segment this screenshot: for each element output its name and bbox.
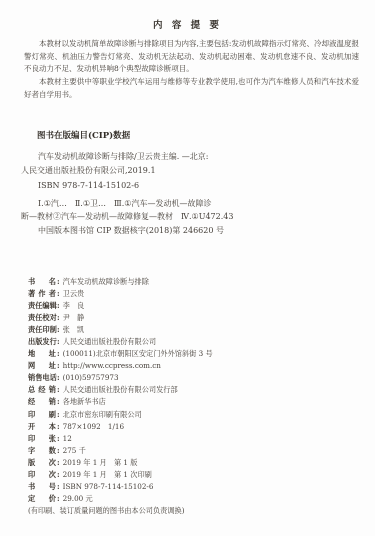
row-value: 2019 年 1 月 第 1 版 — [63, 458, 138, 467]
row-colon: : — [57, 349, 60, 358]
colophon-row-edition: 版次:2019 年 1 月 第 1 版 — [28, 457, 361, 469]
row-colon: : — [57, 289, 60, 298]
row-label: 销售电话 — [28, 372, 56, 384]
row-label: 字数 — [28, 445, 56, 457]
row-colon: : — [57, 434, 60, 443]
row-label: 责任校对 — [28, 312, 56, 324]
row-colon: : — [57, 458, 60, 467]
colophon-row-author: 著作者:卫云贵 — [28, 288, 361, 300]
row-colon: : — [57, 385, 60, 394]
row-colon: : — [57, 470, 60, 479]
row-colon: : — [57, 325, 60, 334]
row-value: 275 千 — [63, 446, 86, 455]
colophon-row-book-number: 书号:ISBN 978-7-114-15102-6 — [28, 481, 361, 493]
summary-title: 内 容 提 要 — [0, 17, 375, 31]
row-colon: : — [57, 397, 60, 406]
colophon-row-format: 开本:787×1092 1/16 — [28, 421, 361, 433]
colophon-row-sheets: 印张:12 — [28, 433, 361, 445]
colophon-row-proofreader: 责任校对:尹 静 — [28, 312, 361, 324]
row-colon: : — [57, 446, 60, 455]
cip-title-line: 汽车发动机故障诊断与排除/卫云贵主编. —北京: — [21, 150, 361, 164]
row-colon: : — [57, 373, 60, 382]
row-colon: : — [57, 301, 60, 310]
row-value: 2019 年 1 月 第 1 次印刷 — [63, 470, 152, 479]
row-colon: : — [57, 361, 60, 370]
colophon-row-impression: 印次:2019 年 1 月 第 1 次印刷 — [28, 469, 361, 481]
row-colon: : — [57, 277, 60, 286]
colophon-row-general-distributor: 总经销:人民交通出版社股份有限公司发行部 — [28, 384, 361, 396]
row-label: 责任编辑 — [28, 300, 56, 312]
cip-record-line: 中国版本图书馆 CIP 数据核字(2018)第 246620 号 — [21, 224, 361, 238]
row-value: 李 良 — [63, 301, 85, 310]
row-colon: : — [57, 313, 60, 322]
colophon-row-printing-supervisor: 责任印制:张 凯 — [28, 324, 361, 336]
colophon-row-printer: 印刷:北京市密东印刷有限公司 — [28, 409, 361, 421]
row-value: 汽车发动机故障诊断与排除 — [63, 277, 149, 286]
copyright-page: 内 容 提 要 本教材以发动机简单故障诊断与排除项目为内容,主要包括:发动机故障… — [0, 0, 375, 536]
row-label: 印张 — [28, 433, 56, 445]
colophon-row-distributor: 经销:各地新华书店 — [28, 396, 361, 408]
cip-heading: 图书在版编目(CIP)数据 — [37, 129, 130, 141]
row-colon: : — [57, 494, 60, 503]
row-label: 总经销 — [28, 384, 56, 396]
row-label: 责任印制 — [28, 324, 56, 336]
cip-isbn-line: ISBN 978-7-114-15102-6 — [21, 179, 361, 193]
row-colon: : — [57, 337, 60, 346]
row-colon: : — [57, 482, 60, 491]
row-label: 网址 — [28, 360, 56, 372]
row-label: 书名 — [28, 276, 56, 288]
colophon-section: 书名:汽车发动机故障诊断与排除 著作者:卫云贵 责任编辑:李 良 责任校对:尹 … — [28, 276, 361, 518]
row-value: http://www.ccpress.com.cn — [63, 361, 161, 370]
colophon-row-word-count: 字数:275 千 — [28, 445, 361, 457]
row-label: 版次 — [28, 457, 56, 469]
row-value: (010)59757973 — [63, 373, 119, 382]
row-value: 29.00 元 — [63, 494, 93, 503]
row-colon: : — [57, 422, 60, 431]
row-value: 各地新华书店 — [63, 397, 106, 406]
row-colon: : — [57, 410, 60, 419]
row-label: 书号 — [28, 481, 56, 493]
row-value: 787×1092 1/16 — [63, 422, 124, 431]
row-label: 定价 — [28, 493, 56, 505]
row-value: 人民交通出版社股份有限公司 — [63, 337, 156, 346]
summary-paragraph-1: 本教材以发动机简单故障诊断与排除项目为内容,主要包括:发动机故障指示灯常亮、冷却… — [24, 38, 359, 76]
row-label: 印刷 — [28, 409, 56, 421]
row-value: (100011)北京市朝阳区安定门外外馆斜街 3 号 — [63, 349, 213, 358]
row-label: 著作者 — [28, 288, 56, 300]
colophon-row-sales-phone: 销售电话:(010)59757973 — [28, 372, 361, 384]
row-value: 12 — [63, 434, 72, 443]
cip-classification-line-1: Ⅰ.①汽… Ⅱ.①卫… Ⅲ.①汽车—发动机—故障诊 — [21, 197, 361, 210]
row-label: 经销 — [28, 396, 56, 408]
row-value: 卫云贵 — [63, 289, 85, 298]
colophon-row-publisher: 出版发行:人民交通出版社股份有限公司 — [28, 336, 361, 348]
row-value: 人民交通出版社股份有限公司发行部 — [63, 385, 178, 394]
colophon-row-title: 书名:汽车发动机故障诊断与排除 — [28, 276, 361, 288]
cip-publisher-line: 人民交通出版社股份有限公司,2019.1 — [21, 164, 361, 178]
cip-classification: Ⅰ.①汽… Ⅱ.①卫… Ⅲ.①汽车—发动机—故障诊 断—教材②汽车—发动机—故障… — [21, 197, 361, 223]
colophon-row-editor: 责任编辑:李 良 — [28, 300, 361, 312]
row-label: 地址 — [28, 348, 56, 360]
row-value: ISBN 978-7-114-15102-6 — [63, 482, 154, 491]
row-value: 张 凯 — [63, 325, 85, 334]
cip-description: 汽车发动机故障诊断与排除/卫云贵主编. —北京: 人民交通出版社股份有限公司,2… — [21, 150, 361, 178]
reprint-note: (有印刷、装订质量问题的图书由本公司负责调换) — [28, 505, 361, 517]
colophon-row-address: 地址:(100011)北京市朝阳区安定门外外馆斜街 3 号 — [28, 348, 361, 360]
colophon-row-website: 网址:http://www.ccpress.com.cn — [28, 360, 361, 372]
summary-paragraph-2: 本教材主要供中等职业学校汽车运用与维修等专业教学使用,也可作为汽车维修人员和汽车… — [24, 76, 359, 101]
colophon-row-price: 定价:29.00 元 — [28, 493, 361, 505]
cip-classification-line-2: 断—教材②汽车—发动机—故障修复—教材 Ⅳ.①U472.43 — [21, 210, 361, 223]
row-label: 出版发行 — [28, 336, 56, 348]
row-label: 开本 — [28, 421, 56, 433]
row-value: 北京市密东印刷有限公司 — [63, 410, 142, 419]
row-value: 尹 静 — [63, 313, 85, 322]
row-label: 印次 — [28, 469, 56, 481]
